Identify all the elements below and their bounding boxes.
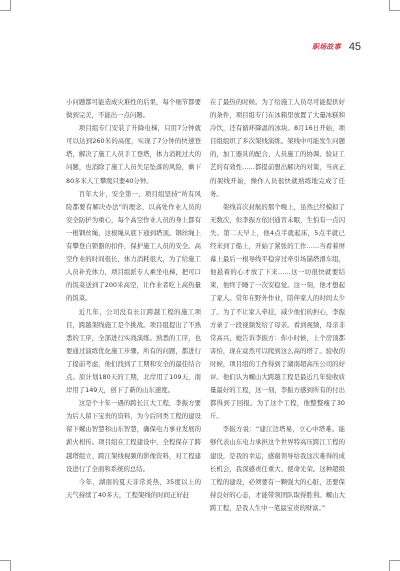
page-header: 职场故事 45: [312, 41, 361, 53]
section-tag: 职场故事: [312, 42, 341, 52]
column-right: 在了最热的时候。为了给施工人员尽可能提供好的条件，项目组专门在冰箱里放置了大量冰…: [210, 96, 345, 515]
paragraph: 这是个十年一遇的跨长江大工程，李振方要为后人留下宝贵的资料，为今后同类工程的建设…: [66, 397, 201, 476]
paragraph: 项目组专门安装了升降电梯，只用7分钟就可以达到260米的高度，实现了7分钟的快速…: [66, 122, 201, 187]
crop-mark-top-right: [389, 0, 400, 11]
paragraph: 近几年，公司没有长江跨越工程的施工项目，跨越架线施工是个挑战。项目组提出了不熟悉…: [66, 306, 201, 398]
crop-mark-top-left: [0, 0, 11, 11]
crop-mark-bottom-right: [389, 560, 400, 571]
paragraph: 在了最热的时候。为了给施工人员尽可能提供好的条件，项目组专门在冰箱里放置了大量冰…: [210, 96, 345, 201]
paragraph: 架线首次封航的那个晚上，虽然已经模拟了无数次，但李振方依旧通宵未眠，生怕有一点闪…: [210, 201, 345, 424]
article-body: 小问题都可能造成灾难性的后果，每个细节都要做到完美，不能出一点问题。 项目组专门…: [66, 96, 346, 515]
paragraph: 李振方说：“建江边塔易，立心中塔难。能够代表山东电力承担这个世界特高压跨江工程的…: [210, 423, 345, 515]
paragraph: 小问题都可能造成灾难性的后果，每个细节都要做到完美，不能出一点问题。: [66, 96, 201, 122]
paragraph: 今年，湖南的夏天非常炎热，35度以上的天气持续了40多天，工程架线的时间正好赶: [66, 476, 201, 502]
page-number: 45: [349, 41, 361, 53]
paragraph: 百年大计，安全第一，项目组坚持“所有风险都要有解决办法”的理念，以高处作业人员的…: [66, 188, 201, 306]
column-left: 小问题都可能造成灾难性的后果，每个细节都要做到完美，不能出一点问题。 项目组专门…: [66, 96, 201, 515]
crop-mark-bottom-left: [0, 560, 11, 571]
